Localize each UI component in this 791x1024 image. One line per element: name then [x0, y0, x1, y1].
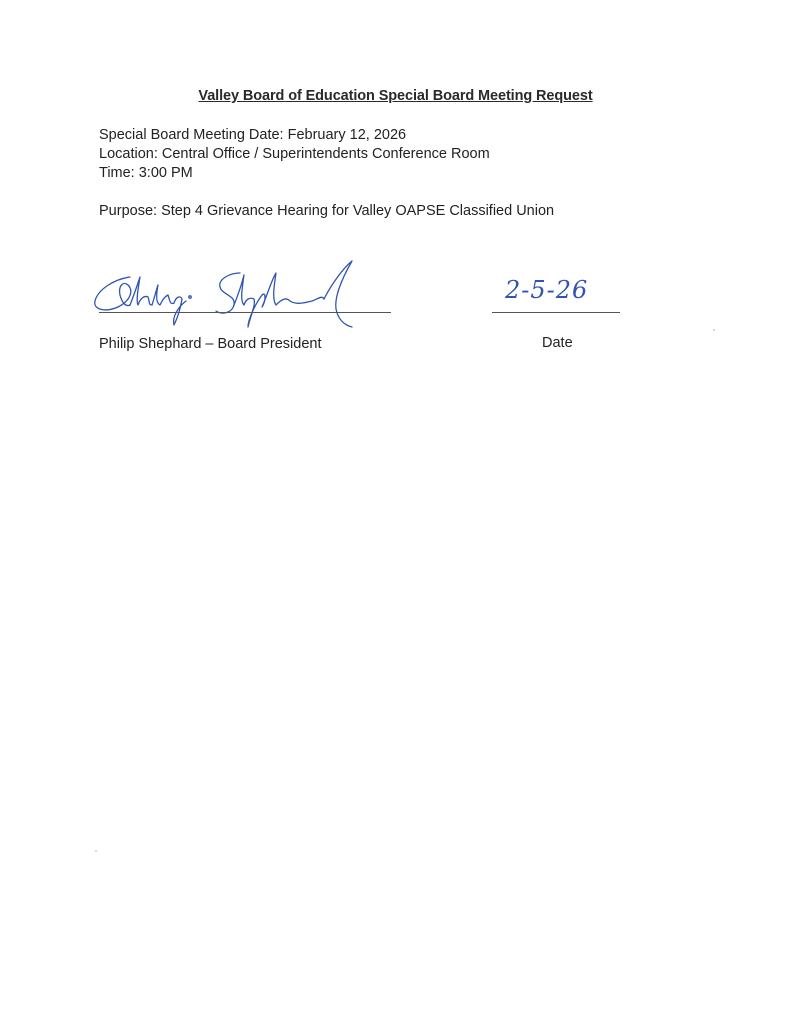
location-line: Location: Central Office / Superintenden… — [99, 146, 490, 162]
date-line — [492, 312, 620, 313]
scan-speck — [713, 329, 715, 331]
purpose-line: Purpose: Step 4 Grievance Hearing for Va… — [99, 203, 554, 219]
handwritten-signature — [90, 255, 380, 330]
scan-speck — [95, 850, 97, 852]
signatory-caption: Philip Shephard – Board President — [99, 336, 321, 352]
document-title: Valley Board of Education Special Board … — [0, 88, 791, 104]
signature-line — [99, 312, 391, 313]
handwritten-date: 2-5-26 — [505, 276, 588, 304]
meeting-date-line: Special Board Meeting Date: February 12,… — [99, 127, 406, 143]
document-page: Valley Board of Education Special Board … — [0, 0, 791, 1024]
time-line: Time: 3:00 PM — [99, 165, 193, 181]
date-caption: Date — [542, 335, 573, 351]
